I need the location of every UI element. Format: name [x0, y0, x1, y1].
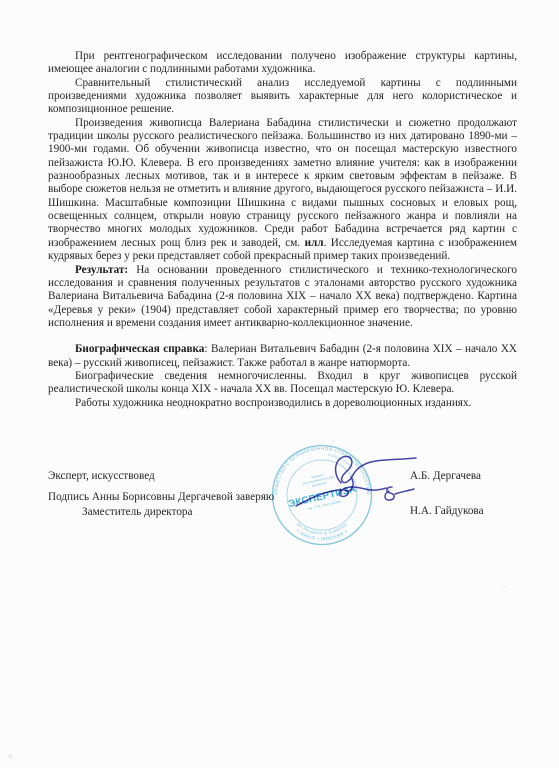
deputy-name: Н.А. Гайдукова: [410, 505, 484, 517]
scan-noise: [503, 585, 507, 588]
scan-noise: [8, 754, 13, 759]
expert-name: А.Б. Дергачева: [410, 470, 481, 482]
deputy-role-label: Заместитель директора: [82, 506, 193, 518]
signature-block: Эксперт, искусствовед А.Б. Дергачева Под…: [0, 0, 559, 768]
document-page: При рентгенографическом исследовании пол…: [0, 0, 559, 768]
expert-role-label: Эксперт, искусствовед: [48, 470, 155, 482]
round-stamp-icon: ОБЩЕСТВО С ОГРАНИЧЕННОЙ ОТВЕТСТВЕННОСТЬЮ…: [266, 439, 378, 551]
certify-line: Подпись Анны Борисовны Дергачевой заверя…: [48, 491, 274, 503]
